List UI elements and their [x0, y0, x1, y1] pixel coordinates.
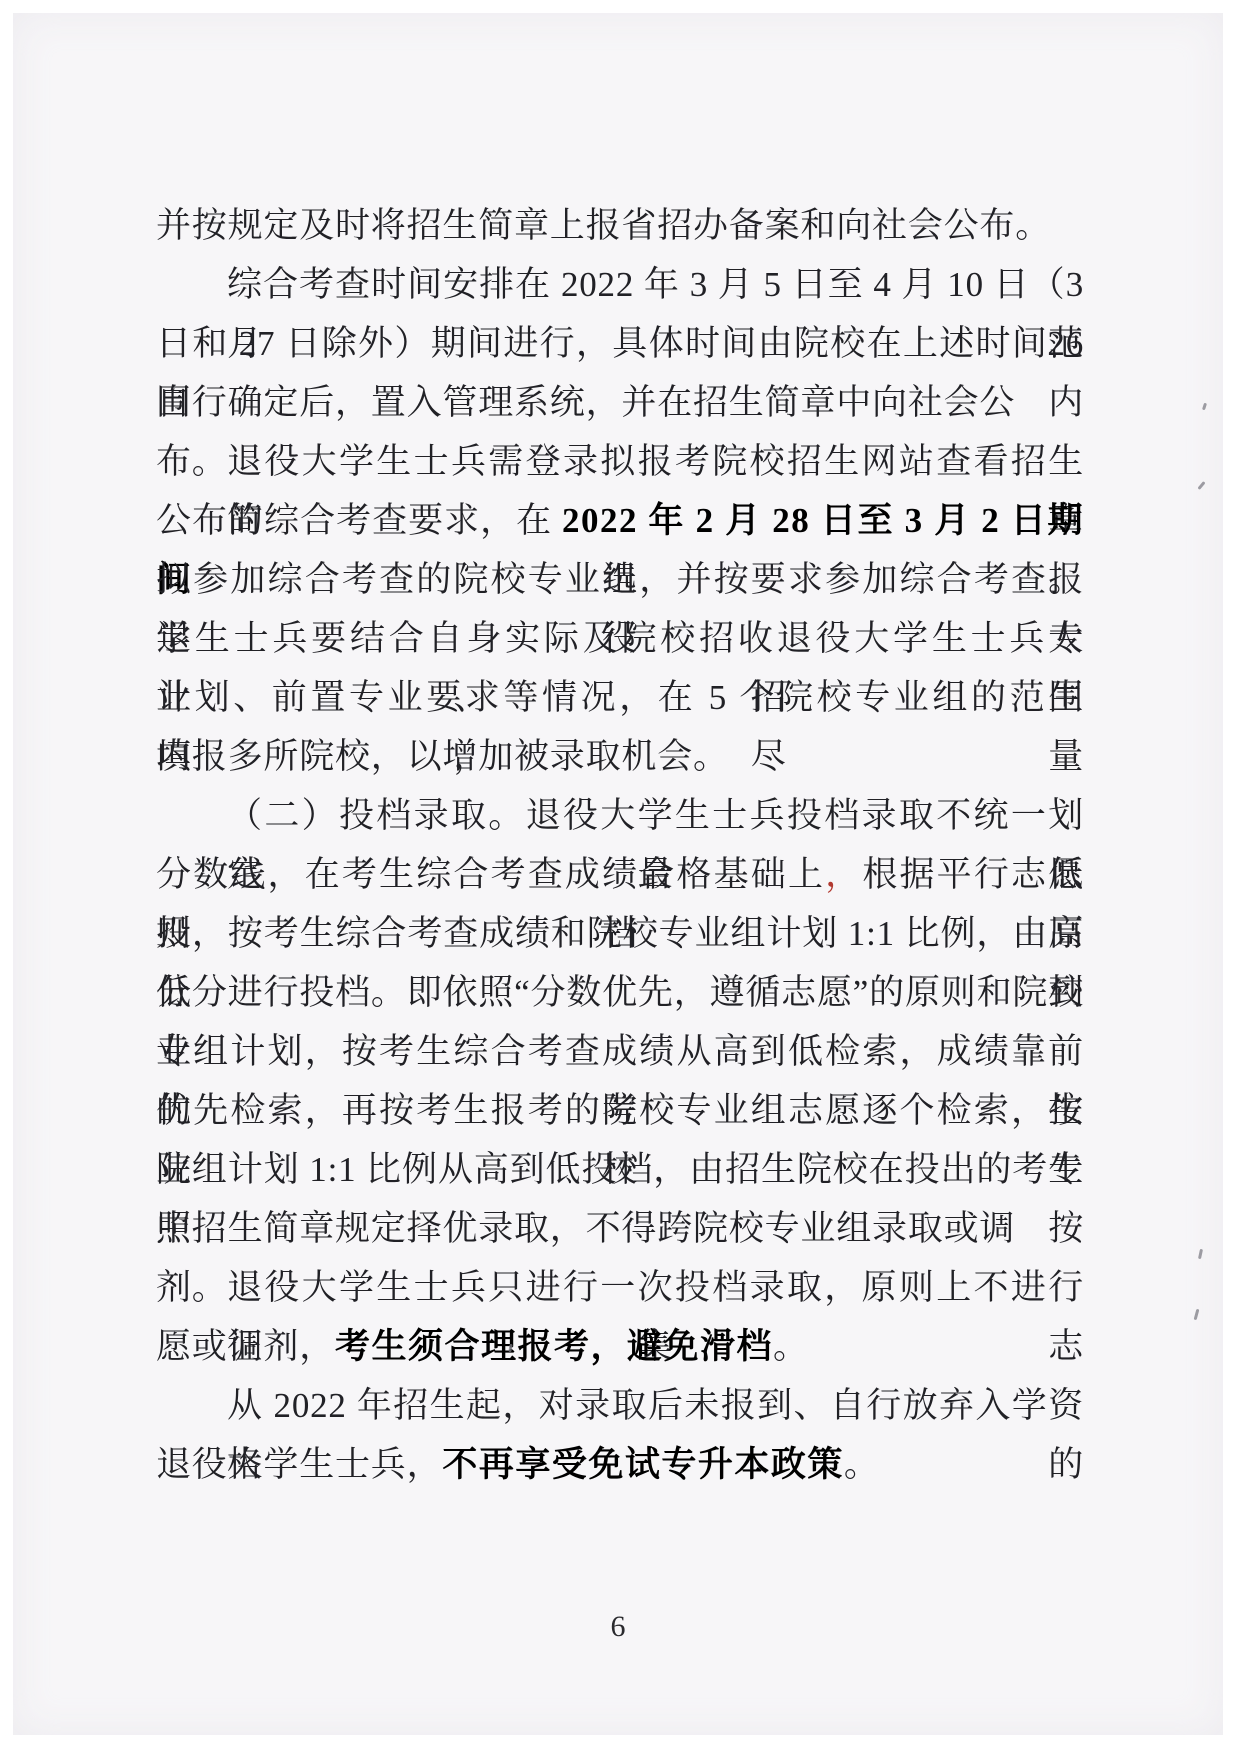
text-segment: 分数线，在考生综合考查成绩合格基础上 [156, 855, 825, 894]
text-line: 优先检索，再按考生报考的院校专业组志愿逐个检索，按院校专 [156, 1081, 1084, 1140]
text-line: 自行确定后，置入管理系统，并在招生简章中向社会公布。 [156, 373, 1084, 432]
text-segment: 退役大学生士兵， [156, 1445, 442, 1484]
text-segment: 填报多所院校，以增加被录取机会。 [156, 737, 729, 776]
text-segment: 。 [844, 1445, 880, 1484]
page-number: 6 [13, 1610, 1223, 1644]
scanned-page: 并按规定及时将招生简章上报省招办备案和向社会公布。综合考查时间安排在 2022 … [0, 0, 1236, 1748]
text-segment: 并按规定及时将招生简章上报省招办备案和向社会公布。 [156, 206, 1051, 245]
text-segment: 愿或调剂， [156, 1327, 335, 1366]
text-line: 业组计划 1:1 比例从高到低投档，由招生院校在投出的考生中按 [156, 1140, 1084, 1199]
text-line: 拟参加综合考查的院校专业组，并按要求参加综合考查。退役大 [156, 550, 1084, 609]
text-line: 则，按考生综合考查成绩和院校专业组计划 1:1 比例，由高分到 [156, 904, 1084, 963]
text-line: 照招生简章规定择优录取，不得跨院校专业组录取或调剂。 [156, 1199, 1084, 1258]
paper-surface: 并按规定及时将招生简章上报省招办备案和向社会公布。综合考查时间安排在 2022 … [13, 13, 1223, 1735]
text-line: 学生士兵要结合自身实际及院校招收退役大学生士兵专业、招生 [156, 609, 1084, 668]
text-line: 退役大学生士兵只进行一次投档录取，原则上不进行征集志 [156, 1258, 1084, 1317]
scan-speck [1197, 481, 1205, 490]
text-segment: 公布的综合考查要求，在 [156, 501, 562, 540]
text-line: 业组计划，按考生综合考查成绩从高到低检索，成绩靠前的考生 [156, 1022, 1084, 1081]
text-line: 并按规定及时将招生简章上报省招办备案和向社会公布。 [156, 196, 1084, 255]
text-segment: 。 [773, 1327, 809, 1366]
text-segment: ， [825, 855, 862, 894]
text-line: 计划、前置专业要求等情况，在 5 个院校专业组的范围内，尽量 [156, 668, 1084, 727]
text-line: 从 2022 年招生起，对录取后未报到、自行放弃入学资格的 [156, 1376, 1084, 1435]
text-line: 日和 27 日除外）期间进行，具体时间由院校在上述时间范围内 [156, 314, 1084, 373]
text-line: （二）投档录取。退役大学生士兵投档录取不统一划定最低 [156, 786, 1084, 845]
text-line: 低分进行投档。即依照“分数优先，遵循志愿”的原则和院校专 [156, 963, 1084, 1022]
text-segment: 不再享受免试专升本政策 [442, 1445, 844, 1484]
text-line: 综合考查时间安排在 2022 年 3 月 5 日至 4 月 10 日（3 月 2… [156, 255, 1084, 314]
document-body: 并按规定及时将招生简章上报省招办备案和向社会公布。综合考查时间安排在 2022 … [156, 196, 1084, 1494]
text-line: 分数线，在考生综合考查成绩合格基础上，根据平行志愿投档原 [156, 845, 1084, 904]
text-line: 退役大学生士兵需登录拟报考院校招生网站查看招生简章 [156, 432, 1084, 491]
scan-speck [1194, 1309, 1200, 1320]
scan-speck [1198, 1249, 1203, 1259]
scan-speck [1202, 403, 1207, 411]
text-line: 公布的综合考查要求，在 2022 年 2 月 28 日至 3 月 2 日期间选报 [156, 491, 1084, 550]
text-segment: 考生须合理报考，避免滑档 [335, 1327, 773, 1366]
